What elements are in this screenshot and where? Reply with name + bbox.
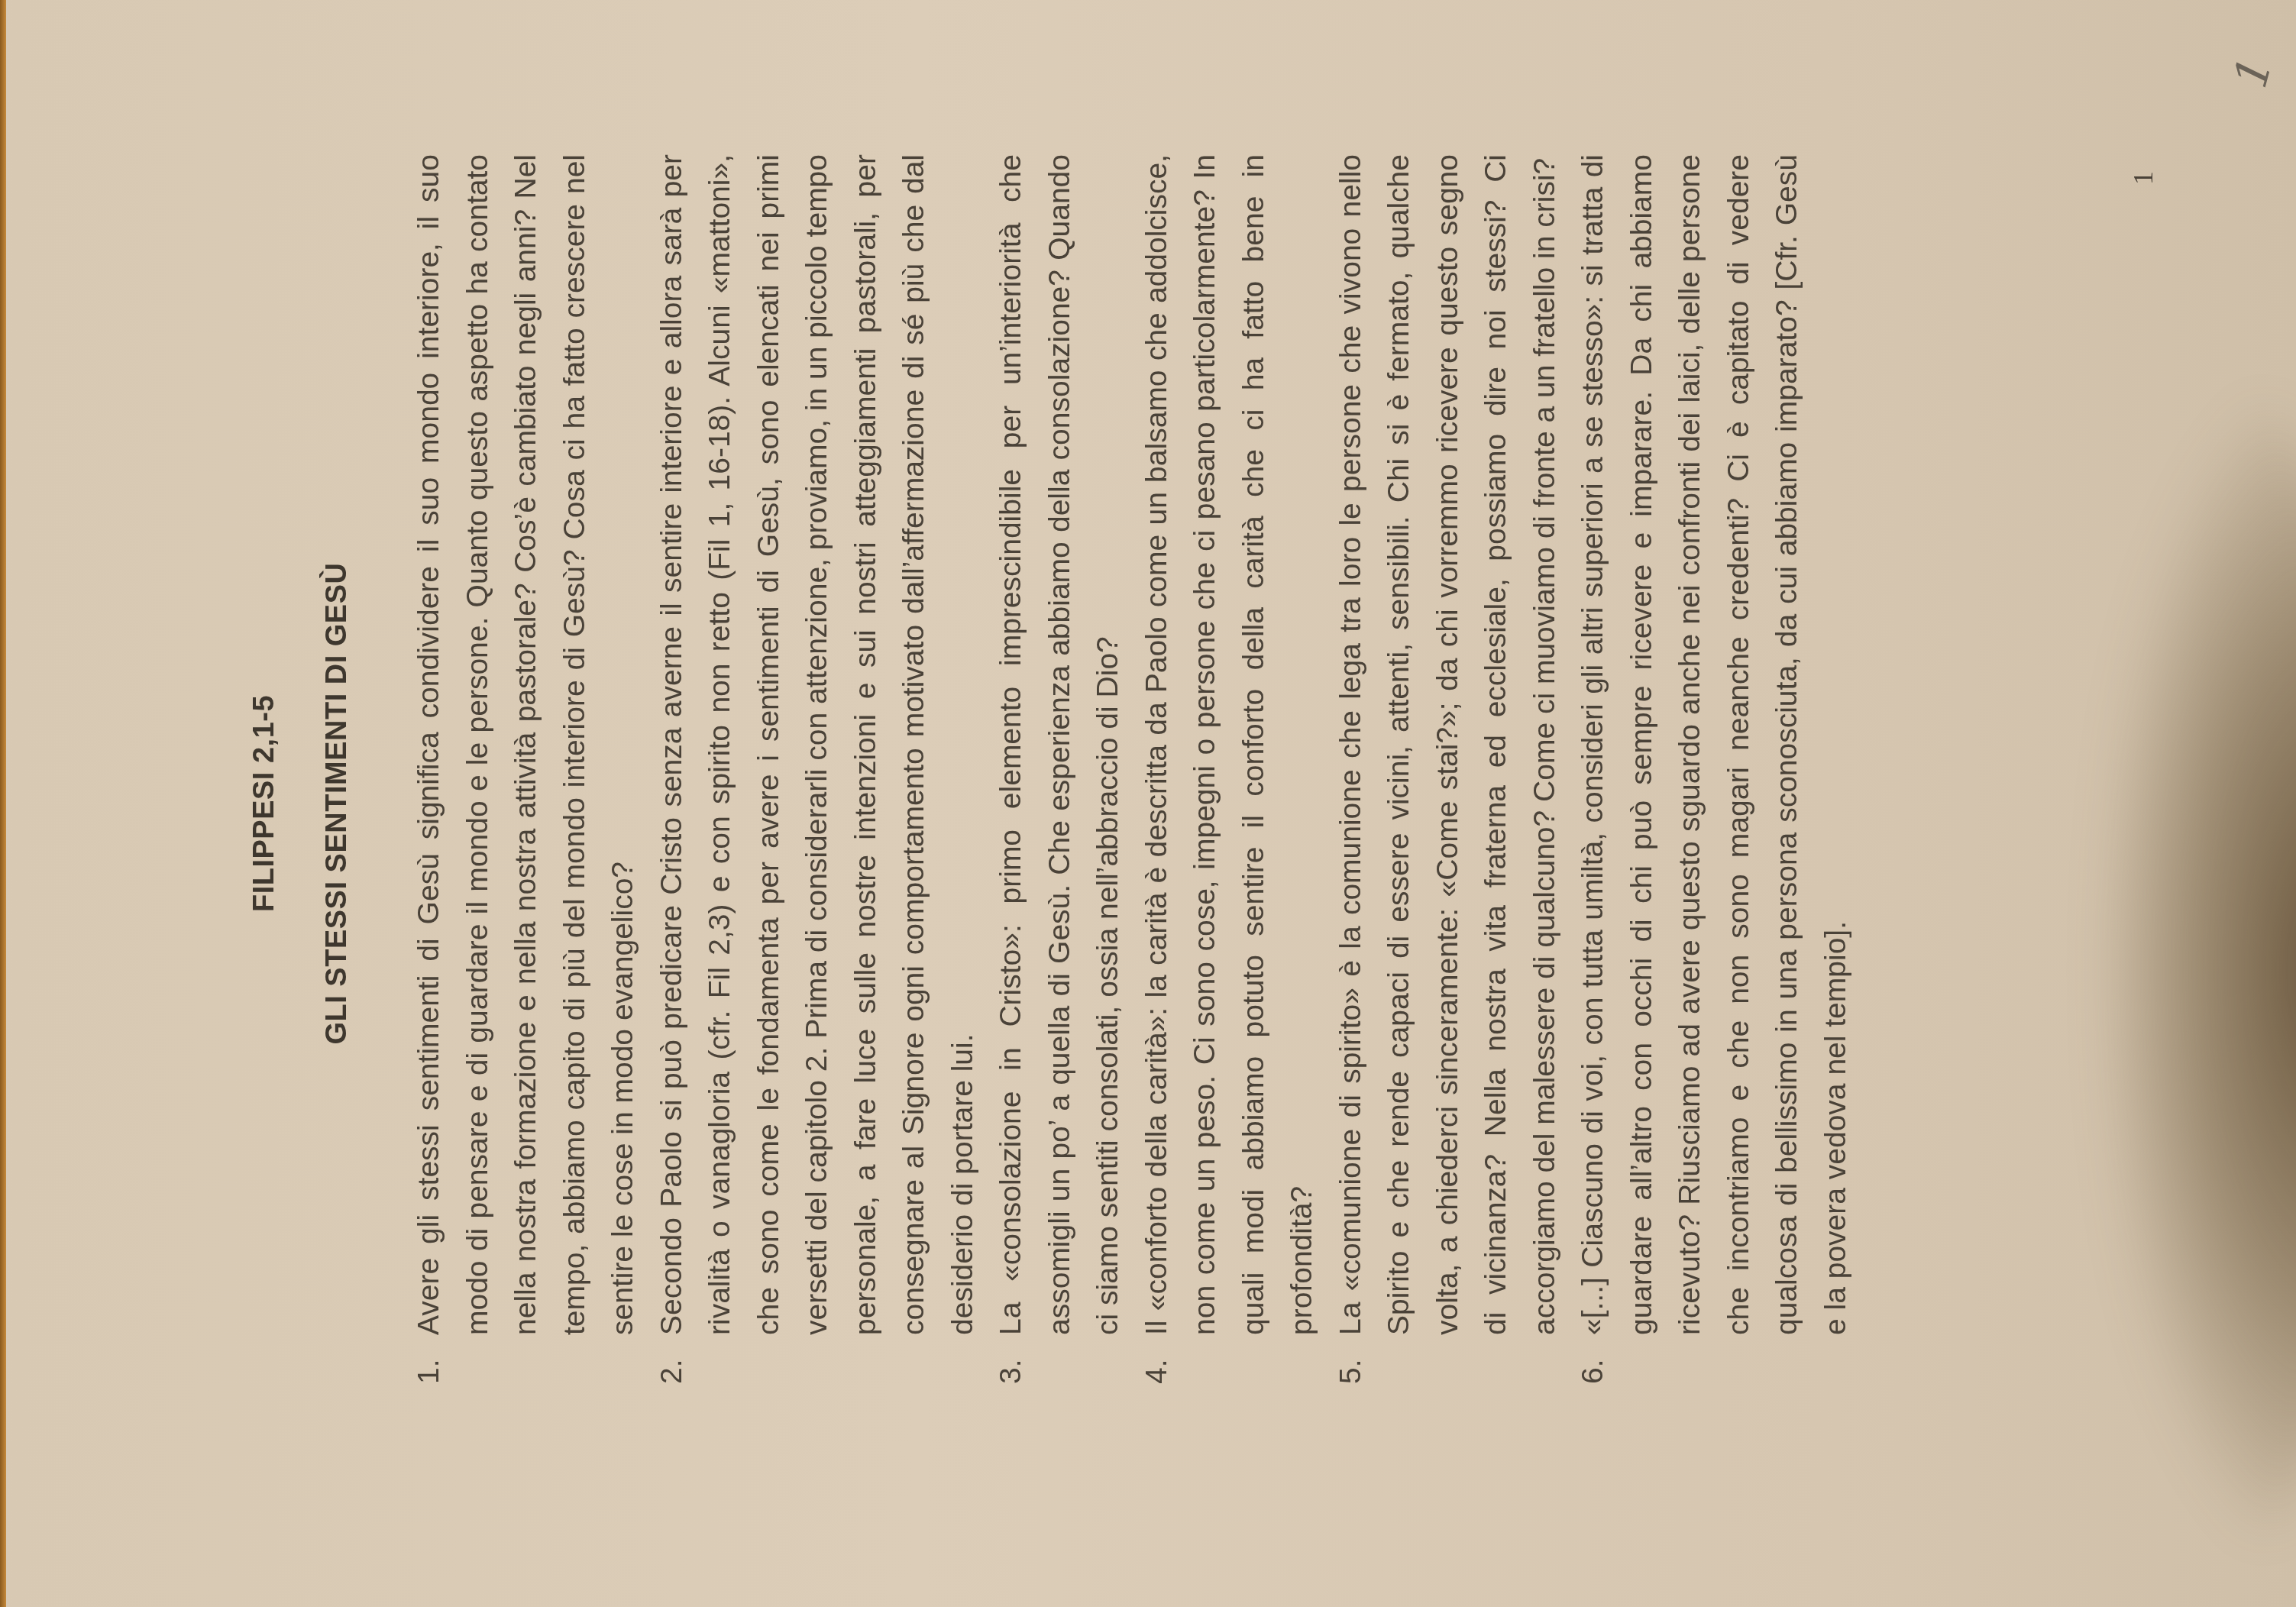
- item-number: 4.: [1133, 1359, 1182, 1384]
- item-number: 6.: [1569, 1359, 1618, 1384]
- document-subheading: GLI STESSI SENTIMENTI DI GESÙ: [321, 0, 354, 1607]
- item-text: La «comunione di spirito» è la comunione…: [1334, 154, 1561, 1335]
- page-number: 1: [2127, 171, 2159, 185]
- document-photo: FILIPPESI 2,1-5 GLI STESSI SENTIMENTI DI…: [0, 0, 2296, 1607]
- item-number: 1.: [405, 1359, 454, 1384]
- document-heading: FILIPPESI 2,1-5: [248, 0, 281, 1607]
- printed-page: FILIPPESI 2,1-5 GLI STESSI SENTIMENTI DI…: [0, 0, 2296, 1607]
- item-number: 3.: [987, 1359, 1036, 1384]
- item-text: «[...] Ciascuno di voi, con tutta umiltà…: [1576, 154, 1852, 1335]
- list-item: 1. Avere gli stessi sentimenti di Gesù s…: [405, 154, 648, 1384]
- item-number: 2.: [648, 1359, 697, 1384]
- item-text: La «consolazione in Cristo»: primo eleme…: [994, 154, 1124, 1335]
- handwritten-page-mark: 1: [2223, 51, 2282, 93]
- list-item: 3. La «consolazione in Cristo»: primo el…: [987, 154, 1133, 1384]
- list-item: 5. La «comunione di spirito» è la comuni…: [1327, 154, 1570, 1384]
- item-number: 5.: [1327, 1359, 1376, 1384]
- item-text: Avere gli stessi sentimenti di Gesù sign…: [412, 154, 639, 1335]
- item-text: Il «conforto della carità»: la carità è …: [1140, 154, 1319, 1335]
- question-list: 1. Avere gli stessi sentimenti di Gesù s…: [405, 154, 1860, 1384]
- list-item: 6. «[...] Ciascuno di voi, con tutta umi…: [1569, 154, 1860, 1384]
- list-item: 2. Secondo Paolo si può predicare Cristo…: [648, 154, 988, 1384]
- list-item: 4. Il «conforto della carità»: la carità…: [1133, 154, 1327, 1384]
- item-text: Secondo Paolo si può predicare Cristo se…: [655, 154, 979, 1335]
